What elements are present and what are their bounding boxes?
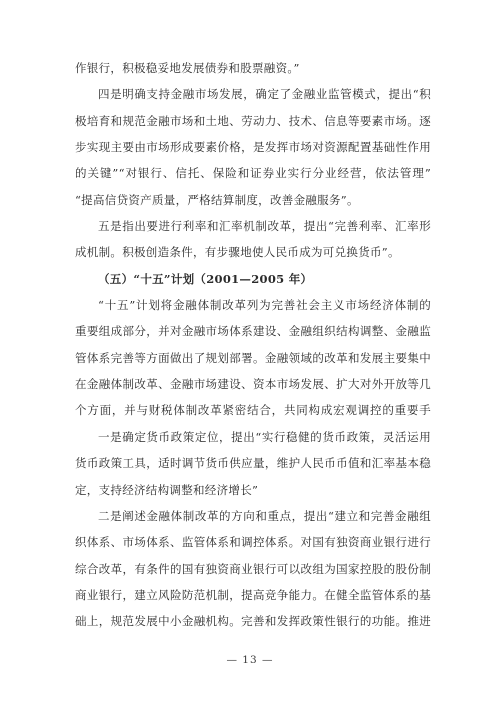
paragraph: 五是指出要进行利率和汇率机制改革，提出“完善利率、汇率形成机制。积极创造条件，有… [75,213,431,266]
text-line: 成机制。积极创造条件，有步骤地使人民币成为可兑换货币”。 [75,239,431,265]
paragraph: 四是明确支持金融市场发展，确定了金融业监管模式，提出“积极培育和规范金融市场和土… [75,81,431,213]
text-line: 二是阐述金融体制改革的方向和重点，提出“建立和完善金融组 [75,503,431,529]
text-line: “提高信贷资产质量，严格结算制度，改善金融服务”。 [75,187,431,213]
paragraph: 二是阐述金融体制改革的方向和重点，提出“建立和完善金融组织体系、市场体系、监管体… [75,503,431,635]
text-line: 在金融体制改革、金融市场建设、资本市场发展、扩大对外开放等几 [75,371,431,397]
text-line: “十五”计划将金融体制改革列为完善社会主义市场经济体制的 [75,292,431,318]
document-page: 作银行，积极稳妥地发展债券和股票融资。”四是明确支持金融市场发展，确定了金融业监… [0,0,500,707]
paragraph: “十五”计划将金融体制改革列为完善社会主义市场经济体制的重要组成部分，并对金融市… [75,292,431,424]
text-line: 的关键”“对银行、信托、保险和证券业实行分业经营，依法管理” [75,160,431,186]
text-line: 织体系、市场体系、监管体系和调控体系。对国有独资商业银行进行 [75,529,431,555]
text-line: 步实现主要由市场形成要素价格，是发挥市场对资源配置基础性作用 [75,134,431,160]
text-line: 综合改革，有条件的国有独资商业银行可以改组为国家控股的股份制 [75,556,431,582]
text-line: 个方面，并与财税体制改革紧密结合，共同构成宏观调控的重要手段。 [75,397,431,423]
heading-line: （五）“十五”计划（2001—2005 年） [75,266,431,292]
text-line: 四是明确支持金融市场发展，确定了金融业监管模式，提出“积 [75,81,431,107]
page-footer: — 13 — [0,654,500,666]
section-heading: （五）“十五”计划（2001—2005 年） [75,266,431,292]
text-line: 管体系完善等方面做出了规划部署。金融领域的改革和发展主要集中 [75,345,431,371]
text-line: 货币政策工具，适时调节货币供应量，维护人民币币值和汇率基本稳 [75,450,431,476]
text-line: 定，支持经济结构调整和经济增长” [75,477,431,503]
text-line: 极培育和规范金融市场和土地、劳动力、技术、信息等要素市场。逐 [75,108,431,134]
paragraph: 作银行，积极稳妥地发展债券和股票融资。” [75,55,431,81]
text-line: 一是确定货币政策定位，提出“实行稳健的货币政策，灵活运用 [75,424,431,450]
text-line: 作银行，积极稳妥地发展债券和股票融资。” [75,55,431,81]
text-line: 重要组成部分，并对金融市场体系建设、金融组织结构调整、金融监 [75,318,431,344]
text-line: 础上，规范发展中小金融机构。完善和发挥政策性银行的功能。推进 [75,608,431,634]
paragraph: 一是确定货币政策定位，提出“实行稳健的货币政策，灵活运用货币政策工具，适时调节货… [75,424,431,503]
text-line: 商业银行，建立风险防范机制，提高竞争能力。在健全监管体系的基 [75,582,431,608]
document-body: 作银行，积极稳妥地发展债券和股票融资。”四是明确支持金融市场发展，确定了金融业监… [75,55,431,635]
text-line: 五是指出要进行利率和汇率机制改革，提出“完善利率、汇率形 [75,213,431,239]
page-number: — 13 — [226,654,273,666]
